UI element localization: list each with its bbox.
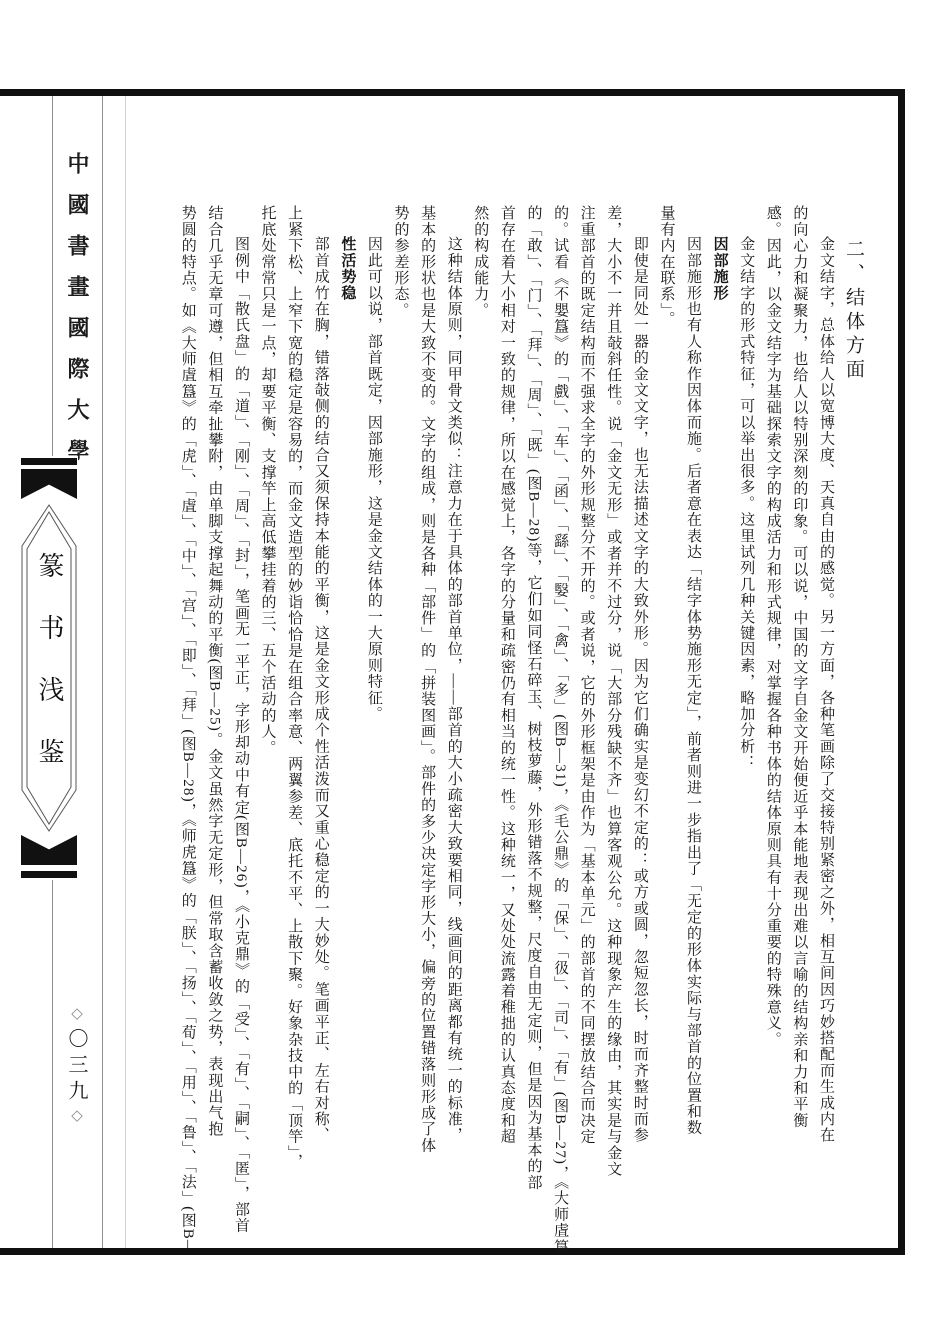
text-column: 的向心力和凝聚力，也给人以特别深刻的印象。可以说，中国的文字自金文开始便近乎本能… bbox=[786, 205, 813, 1253]
text-column: 金文结字，总体给人以宽博大度、天真自由的感觉。另一方面，各种笔画除了交接特别紧密… bbox=[812, 205, 839, 1253]
text-column: 金文结字的形式特征，可以举出很多。这里试列几种关键因素，略加分析： bbox=[733, 205, 760, 1253]
text-column: 即使是同处一器的金文文字，也无法描述文字的大致外形。因为它们确实是变幻不定的：或… bbox=[626, 205, 653, 1253]
section-header-yinbushixing: 因部施形 bbox=[706, 205, 733, 1253]
banner-bar-top bbox=[21, 458, 77, 465]
text-column: 差，大小不一并且敧斜任性。说「金文无形」或者并不过分，说「大部分残缺不齐」也算客… bbox=[600, 205, 627, 1253]
banner-cartouche: 篆书浅鉴 bbox=[20, 504, 78, 832]
text-column: 图例中「散氏盘」的「道」、「刚」、「周」、「封」，笔画无一平正，字形却动中有定(… bbox=[227, 205, 254, 1253]
text-column: 托底处常常只是一点，却要平衡、支撑竿上高低攀挂着的三、五个活动的人。 bbox=[254, 205, 281, 1253]
text-column: 这种结体原则，同甲骨文类似：注意力在于具体的部首单位，——部首的大小疏密大致要相… bbox=[440, 205, 467, 1253]
text-column: 然的构成能力。 bbox=[467, 205, 494, 1253]
text-column: 因部施形也有人称作因体而施。后者意在表达「结字体势施形无定」，前者则进一步指出了… bbox=[679, 205, 706, 1253]
text-column: 部首成竹在胸，错落敧侧的结合又须保持本能的平衡，这是金文形成个性活泼而又重心稳定… bbox=[307, 205, 334, 1253]
text-column: 势圆的特点。如《大师虘簋》的「虎」、「虘」、「中」、「宫」、「即」、「拜」(图B… bbox=[174, 205, 201, 1253]
text-column: 感。因此，以金文结字为基础探索文字的构成活力和形式规律，对掌握各种书体的结体原则… bbox=[759, 205, 786, 1253]
page-number: ◇〇三九◇ bbox=[62, 1004, 89, 1130]
sidebar-rule-right bbox=[102, 96, 103, 1248]
text-column: 结合几乎无章可遵，但相互牵扯攀附，由单脚支撑起舞动的平衡(图B—25)。金文虽然… bbox=[201, 205, 228, 1253]
sidebar-rule-inner bbox=[125, 96, 126, 1248]
text-column: 基本的形状也是大致不变的。文字的组成，则是各种「部件」的「拼装图画」。部件的多少… bbox=[414, 205, 441, 1253]
text-column: 的「敢」、「门」、「拜」、「周」、「既」(图B—28)等，它们如同怪石碎玉、树枝… bbox=[520, 205, 547, 1253]
banner-title: 篆书浅鉴 bbox=[20, 504, 78, 832]
text-column: 因此可以说，部首既定，因部施形，这是金文结体的一大原则特征。 bbox=[360, 205, 387, 1253]
diamond-icon-bottom: ◇ bbox=[68, 1106, 84, 1130]
page-number-value: 〇三九 bbox=[65, 1028, 87, 1106]
text-column: 上紧下松、上窄下宽的稳定是容易的，而金文造型的妙诣恰恰是在组合率意、两翼参差、底… bbox=[281, 205, 308, 1253]
section-header-xinghuoshiwen: 性活势稳 bbox=[334, 205, 361, 1253]
series-banner: 篆书浅鉴 bbox=[20, 456, 78, 880]
section-title: 二、结体方面 bbox=[839, 205, 868, 1253]
main-text: 二、结体方面 金文结字，总体给人以宽博大度、天真自由的感觉。另一方面，各种笔画除… bbox=[173, 205, 868, 1253]
banner-ribbon-top-icon bbox=[21, 469, 77, 499]
text-column: 势的参差形态。 bbox=[387, 205, 414, 1253]
diamond-icon-top: ◇ bbox=[68, 1004, 84, 1028]
text-column: 量有内在联系」。 bbox=[653, 205, 680, 1253]
text-column: 注重部首的既定结构而不强求全字的外形规整分不开的。或者说，它的外形框架是由作为「… bbox=[573, 205, 600, 1253]
text-column: 首存在着大小相对一致的规律，所以在感觉上，各字的分量和疏密仍有相当的统一性。这种… bbox=[493, 205, 520, 1253]
text-column: 的。试看《不嬰簋》的「戲」、「车」、「函」、「繇」、「嫛」、「禽」、「多」(图B… bbox=[546, 205, 573, 1253]
banner-bar-bottom bbox=[21, 871, 77, 878]
banner-ribbon-bottom-icon bbox=[21, 835, 77, 865]
university-name: 中國書畫國際大學 bbox=[62, 152, 93, 480]
